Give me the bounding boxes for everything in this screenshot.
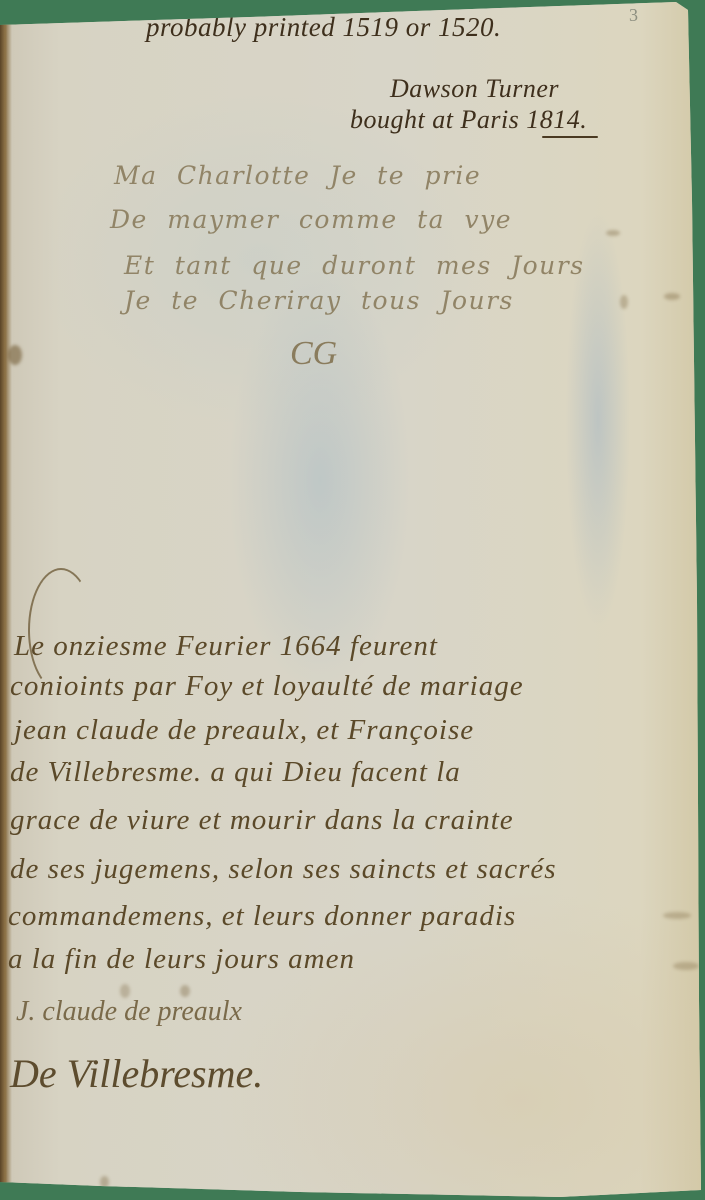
verse-line-2: De maymer comme ta vye bbox=[110, 207, 512, 232]
record-line-7: commandemens, et leurs donner paradis bbox=[8, 902, 516, 931]
signature-bride: De Villebresme. bbox=[10, 1054, 263, 1094]
verse-line-3: Et tant que duront mes Jours bbox=[124, 253, 585, 278]
binding-gutter bbox=[0, 20, 7, 1185]
ink-stain bbox=[8, 345, 22, 365]
provenance-line-2: bought at Paris 1814. bbox=[350, 107, 587, 133]
ink-stain bbox=[664, 293, 680, 300]
verse-line-1: Ma Charlotte Je te prie bbox=[114, 163, 481, 188]
monogram: CG bbox=[290, 337, 337, 371]
manuscript-scan: 3 probably printed 1519 or 1520. Dawson … bbox=[0, 0, 705, 1200]
manuscript-page: 3 probably printed 1519 or 1520. Dawson … bbox=[0, 0, 705, 1200]
record-line-8: a la fin de leurs jours amen bbox=[8, 945, 355, 974]
record-line-5: grace de viure et mourir dans la crainte bbox=[10, 806, 514, 835]
record-line-3: jean claude de preaulx, et Françoise bbox=[14, 716, 474, 745]
provenance-underline bbox=[542, 136, 598, 138]
provenance-line-1: probably printed 1519 or 1520. bbox=[146, 14, 501, 41]
record-line-1: Le onziesme Feurier 1664 feurent bbox=[14, 632, 438, 661]
ink-stain bbox=[100, 1176, 109, 1188]
folio-number: 3 bbox=[629, 6, 638, 24]
ink-stain bbox=[663, 912, 691, 919]
signature-groom: J. claude de preaulx bbox=[16, 998, 242, 1026]
record-line-4: de Villebresme. a qui Dieu facent la bbox=[10, 758, 461, 787]
ink-stain bbox=[606, 230, 620, 236]
record-line-6: de ses jugemens, selon ses saincts et sa… bbox=[10, 855, 557, 884]
ink-stain bbox=[673, 962, 699, 970]
record-line-2: conioints par Foy et loyaulté de mariage bbox=[10, 672, 524, 701]
verse-line-4: Je te Cheriray tous Jours bbox=[124, 288, 514, 313]
provenance-signature: Dawson Turner bbox=[390, 76, 559, 102]
ink-stain bbox=[620, 295, 628, 309]
